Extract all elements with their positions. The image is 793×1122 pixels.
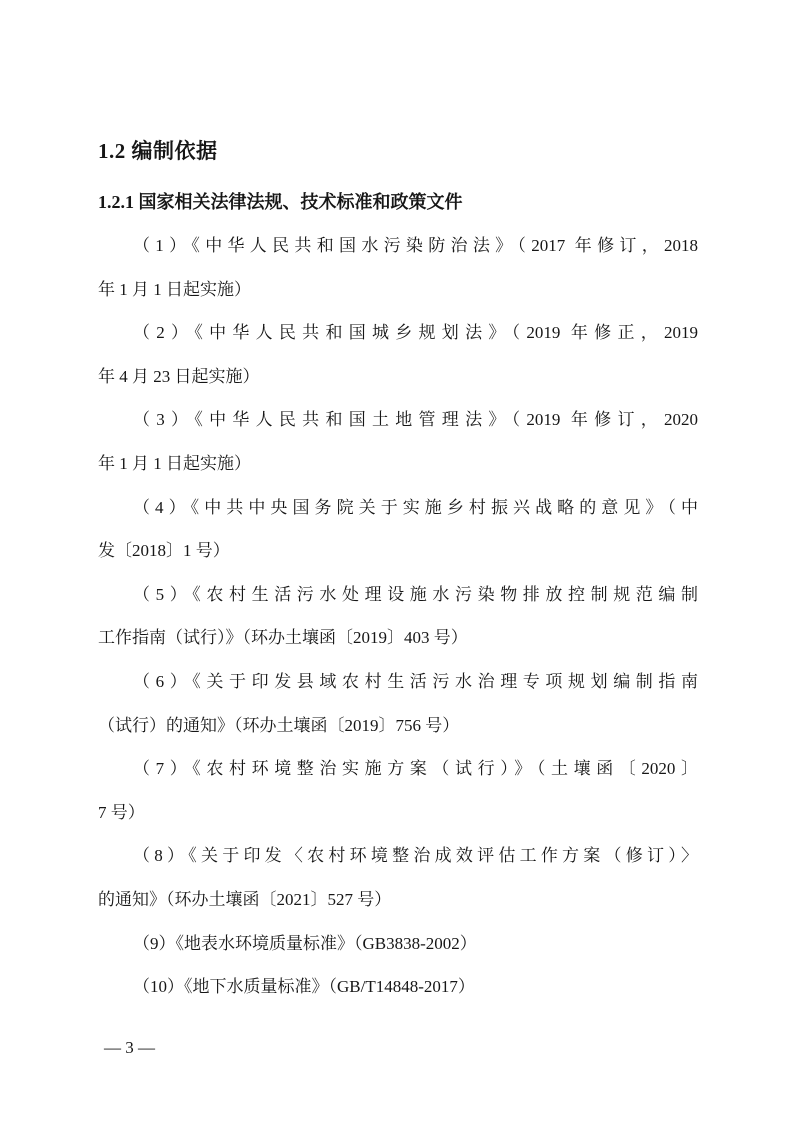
reference-list: （1）《中华人民共和国水污染防治法》（2017 年修订，2018 年 1 月 1… bbox=[98, 224, 698, 1009]
list-item-line: 的通知》（环办土壤函〔2021〕527 号） bbox=[98, 878, 698, 922]
list-item-line: （8）《关于印发〈农村环境整治成效评估工作方案（修订）〉 bbox=[98, 834, 698, 878]
list-item: （5）《农村生活污水处理设施水污染物排放控制规范编制 工作指南（试行）》（环办土… bbox=[98, 573, 698, 660]
list-item-line: 年 4 月 23 日起实施） bbox=[98, 355, 698, 399]
list-item: （4）《中共中央国务院关于实施乡村振兴战略的意见》（中 发〔2018〕1 号） bbox=[98, 486, 698, 573]
list-item-line: （5）《农村生活污水处理设施水污染物排放控制规范编制 bbox=[98, 573, 698, 617]
section-heading: 1.2 编制依据 bbox=[98, 138, 698, 164]
list-item-line: （9）《地表水环境质量标准》（GB3838-2002） bbox=[98, 922, 698, 966]
list-item: （8）《关于印发〈农村环境整治成效评估工作方案（修订）〉 的通知》（环办土壤函〔… bbox=[98, 834, 698, 921]
list-item-line: 7 号） bbox=[98, 791, 698, 835]
list-item-line: （7）《农村环境整治实施方案（试行）》（土壤函〔2020〕 bbox=[98, 747, 698, 791]
list-item-line: 年 1 月 1 日起实施） bbox=[98, 268, 698, 312]
list-item: （2）《中华人民共和国城乡规划法》（2019 年修正，2019 年 4 月 23… bbox=[98, 311, 698, 398]
list-item-line: （试行）的通知》（环办土壤函〔2019〕756 号） bbox=[98, 704, 698, 748]
list-item: （3）《中华人民共和国土地管理法》（2019 年修订，2020 年 1 月 1 … bbox=[98, 398, 698, 485]
list-item-line: （6）《关于印发县域农村生活污水治理专项规划编制指南 bbox=[98, 660, 698, 704]
list-item: （10）《地下水质量标准》（GB/T14848-2017） bbox=[98, 965, 698, 1009]
list-item: （6）《关于印发县域农村生活污水治理专项规划编制指南 （试行）的通知》（环办土壤… bbox=[98, 660, 698, 747]
document-content: 1.2 编制依据 1.2.1 国家相关法律法规、技术标准和政策文件 （1）《中华… bbox=[98, 0, 698, 1009]
list-item-line: （3）《中华人民共和国土地管理法》（2019 年修订，2020 bbox=[98, 398, 698, 442]
list-item-line: （10）《地下水质量标准》（GB/T14848-2017） bbox=[98, 965, 698, 1009]
document-page: 1.2 编制依据 1.2.1 国家相关法律法规、技术标准和政策文件 （1）《中华… bbox=[0, 0, 793, 1122]
list-item-line: 工作指南（试行）》（环办土壤函〔2019〕403 号） bbox=[98, 616, 698, 660]
subsection-heading: 1.2.1 国家相关法律法规、技术标准和政策文件 bbox=[98, 189, 698, 215]
list-item: （7）《农村环境整治实施方案（试行）》（土壤函〔2020〕 7 号） bbox=[98, 747, 698, 834]
list-item-line: 发〔2018〕1 号） bbox=[98, 529, 698, 573]
list-item: （9）《地表水环境质量标准》（GB3838-2002） bbox=[98, 922, 698, 966]
list-item-line: （1）《中华人民共和国水污染防治法》（2017 年修订，2018 bbox=[98, 224, 698, 268]
list-item: （1）《中华人民共和国水污染防治法》（2017 年修订，2018 年 1 月 1… bbox=[98, 224, 698, 311]
list-item-line: 年 1 月 1 日起实施） bbox=[98, 442, 698, 486]
page-number: — 3 — bbox=[104, 1034, 155, 1062]
list-item-line: （2）《中华人民共和国城乡规划法》（2019 年修正，2019 bbox=[98, 311, 698, 355]
list-item-line: （4）《中共中央国务院关于实施乡村振兴战略的意见》（中 bbox=[98, 486, 698, 530]
